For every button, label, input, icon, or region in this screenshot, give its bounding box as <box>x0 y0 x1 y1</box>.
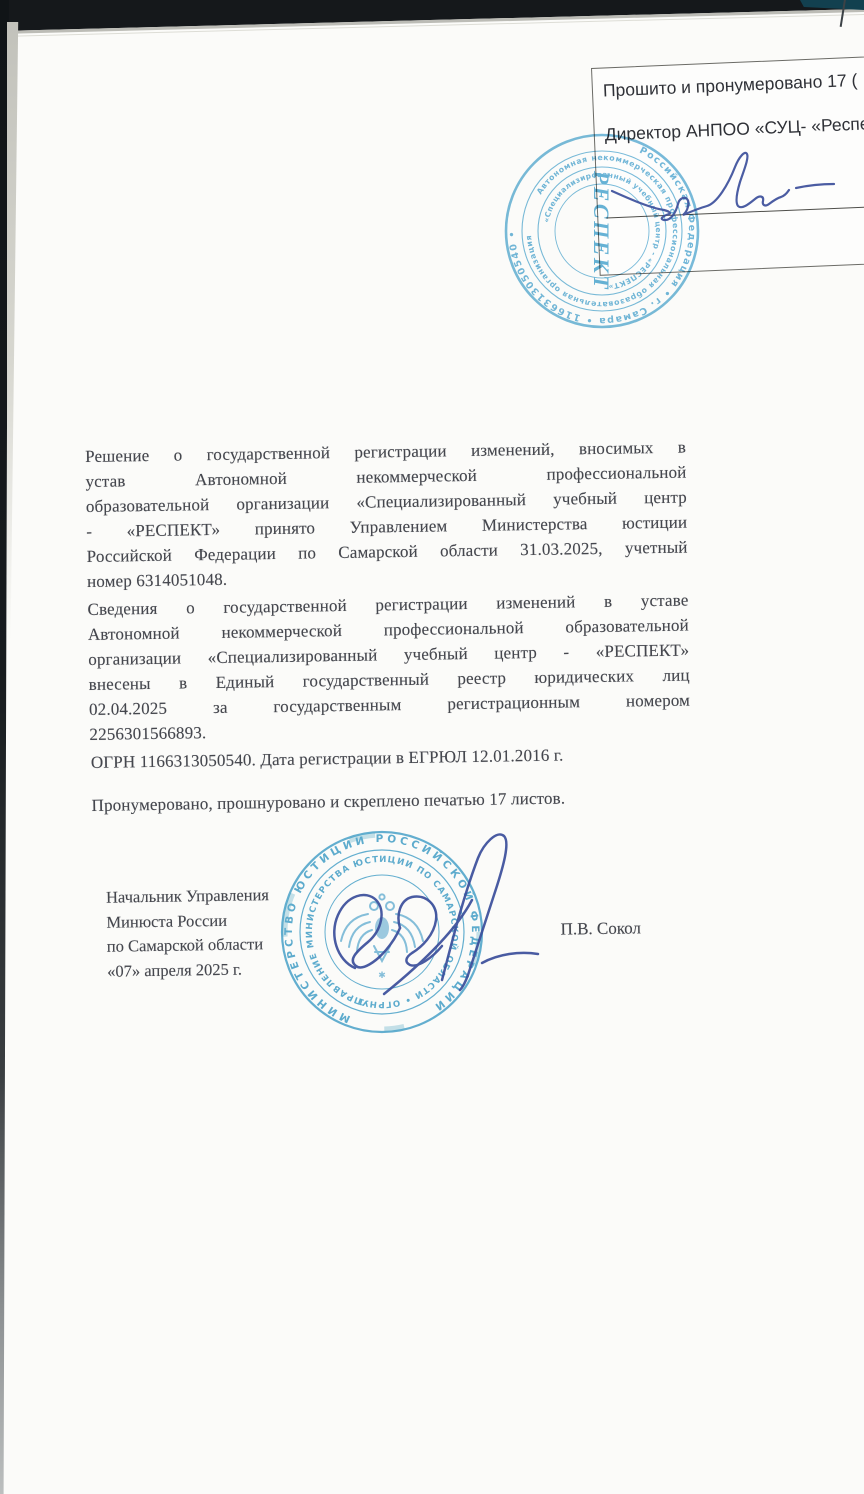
director-signature <box>596 128 864 232</box>
text-line: Минюста России <box>106 908 269 935</box>
official-title-block: Начальник Управления Минюста России по С… <box>106 883 270 984</box>
paragraph-registration-decision: Решение о государственной регистрации из… <box>85 438 688 597</box>
signature-loop-1 <box>334 895 400 968</box>
signer-name: П.В. Сокол <box>560 918 641 939</box>
official-signature <box>318 820 552 1006</box>
signature-dash-stroke <box>796 184 834 188</box>
line-binding-statement: Пронумеровано, прошнуровано и скреплено … <box>91 789 565 816</box>
text-line: по Самарской области <box>107 932 270 959</box>
signature-strokes <box>334 835 538 994</box>
signature-main-stroke <box>612 153 789 220</box>
line-ogrn: ОГРН 1166313050540. Дата регистрации в Е… <box>91 746 564 773</box>
text-line: Начальник Управления <box>106 883 269 910</box>
signature-loop-2 <box>399 897 443 966</box>
label-line-stitched: Прошито и пронумеровано 17 ( <box>603 70 858 102</box>
signature-strokes <box>612 153 834 220</box>
paragraph-egrul-record: Сведения о государственной регистрации и… <box>87 591 690 750</box>
signature-underline <box>482 953 538 963</box>
scanned-document-page: Решение о государственной регистрации из… <box>0 0 864 1494</box>
signature-ascender <box>442 835 506 990</box>
text-line: «07» апреля 2025 г. <box>107 957 270 984</box>
